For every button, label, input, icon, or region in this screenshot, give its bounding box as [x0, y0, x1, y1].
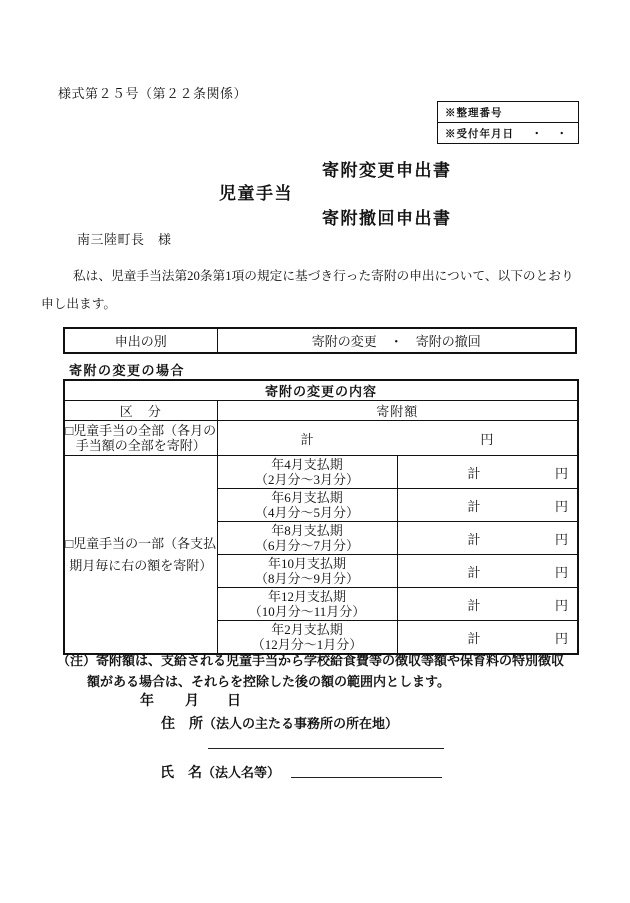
period-amount-cell[interactable]: 計 円 [397, 621, 578, 655]
note-text: 寄附額は、支給される児童手当から学校給食費等の徴収等額や保育料の特別徴収額がある… [87, 653, 564, 689]
checkbox-partial[interactable]: □ [65, 536, 73, 551]
application-type-table: 申出の別 寄附の変更 ・ 寄附の撤回 [63, 327, 577, 354]
address-line: 住 所（法人の主たる事務所の所在地） [161, 713, 398, 733]
period-amount-cell[interactable]: 計 円 [397, 456, 578, 489]
column-header-amount: 寄附額 [217, 401, 578, 421]
period-total-label: 計 [468, 595, 481, 614]
period-label-cell: 年6月支払期 （4月分～5月分） [217, 489, 397, 522]
name-label: 氏 名 [160, 766, 202, 781]
row-all-total-label: 計 [218, 429, 397, 448]
row-all-unit-label: 円 [397, 429, 577, 448]
row-all-category-cell: □児童手当の全部（各月の手当額の全部を寄附） [64, 421, 217, 456]
address-label: 住 所 [161, 717, 203, 732]
title-child-allowance: 児童手当 [219, 179, 293, 204]
period-amount-cell[interactable]: 計 円 [397, 555, 578, 588]
date-day-label: 日 [227, 694, 241, 709]
name-input-line[interactable] [291, 777, 442, 778]
date-line[interactable]: 年月日 [140, 690, 241, 710]
period-amount-cell[interactable]: 計 円 [397, 522, 578, 555]
period-label-cell: 年2月支払期 （12月分～1月分） [217, 621, 397, 655]
serial-number-row: ※整理番号 [438, 102, 578, 122]
period-total-label: 計 [468, 496, 481, 515]
column-header-category: 区 分 [64, 401, 217, 421]
period-amount-cell[interactable]: 計 円 [397, 489, 578, 522]
period-unit-label: 円 [555, 496, 568, 515]
note-prefix: （注） [57, 653, 96, 668]
date-month-label: 月 [185, 694, 199, 709]
row-all-label: 児童手当の全部（各月の手当額の全部を寄附） [73, 423, 216, 454]
row-all-amount-cell[interactable]: 計 円 [217, 421, 578, 456]
change-detail-table: 寄附の変更の内容 区 分 寄附額 □児童手当の全部（各月の手当額の全部を寄附） … [63, 379, 579, 655]
application-type-options[interactable]: 寄附の変更 ・ 寄附の撤回 [217, 328, 576, 353]
period-total-label: 計 [468, 628, 481, 647]
period-label-cell: 年8月支払期 （6月分～7月分） [217, 522, 397, 555]
period-label-cell: 年4月支払期 （2月分～3月分） [217, 456, 397, 489]
row-partial-label: 児童手当の一部（各支払期月毎に右の額を寄附） [69, 536, 216, 573]
note: （注）寄附額は、支給される児童手当から学校給食費等の徴収等額や保育料の特別徴収額… [57, 650, 577, 692]
period-total-label: 計 [468, 529, 481, 548]
period-amount-cell[interactable]: 計 円 [397, 588, 578, 621]
section-label-change-case: 寄附の変更の場合 [69, 360, 185, 379]
addressee: 南三陸町長 様 [77, 229, 172, 248]
receipt-date-label: ※受付年月日 [445, 126, 514, 141]
period-unit-label: 円 [555, 562, 568, 581]
title-withdraw: 寄附撤回申出書 [322, 204, 452, 229]
period-unit-label: 円 [555, 628, 568, 647]
period-unit-label: 円 [555, 463, 568, 482]
address-input-line[interactable] [208, 748, 444, 749]
period-total-label: 計 [468, 562, 481, 581]
change-table-title: 寄附の変更の内容 [64, 380, 578, 401]
row-partial-category-cell: □児童手当の一部（各支払期月毎に右の額を寄附） [64, 456, 217, 655]
address-note: （法人の主たる事務所の所在地） [203, 716, 398, 731]
period-label-cell: 年12月支払期 （10月分～11月分） [217, 588, 397, 621]
receipt-date-field[interactable]: ・ ・ [532, 126, 572, 141]
serial-number-label: ※整理番号 [445, 105, 503, 120]
receipt-date-row: ※受付年月日 ・ ・ [438, 122, 578, 143]
title-change: 寄附変更申出書 [322, 156, 452, 181]
body-paragraph: 私は、児童手当法第20条第1項の規定に基づき行った寄附の申出について、以下のとお… [41, 262, 578, 318]
name-note: （法人名等） [202, 765, 280, 780]
office-use-box: ※整理番号 ※受付年月日 ・ ・ [437, 101, 579, 144]
form-page: 様式第２５号（第２２条関係） ※整理番号 ※受付年月日 ・ ・ 寄附変更申出書 … [0, 0, 630, 903]
period-label-cell: 年10月支払期 （8月分～9月分） [217, 555, 397, 588]
form-number: 様式第２５号（第２２条関係） [58, 83, 247, 102]
date-year-label: 年 [140, 694, 154, 709]
name-line: 氏 名（法人名等） [160, 762, 280, 782]
period-total-label: 計 [468, 463, 481, 482]
period-unit-label: 円 [555, 595, 568, 614]
application-type-header: 申出の別 [64, 328, 217, 353]
checkbox-all[interactable]: □ [65, 423, 73, 438]
period-unit-label: 円 [555, 529, 568, 548]
